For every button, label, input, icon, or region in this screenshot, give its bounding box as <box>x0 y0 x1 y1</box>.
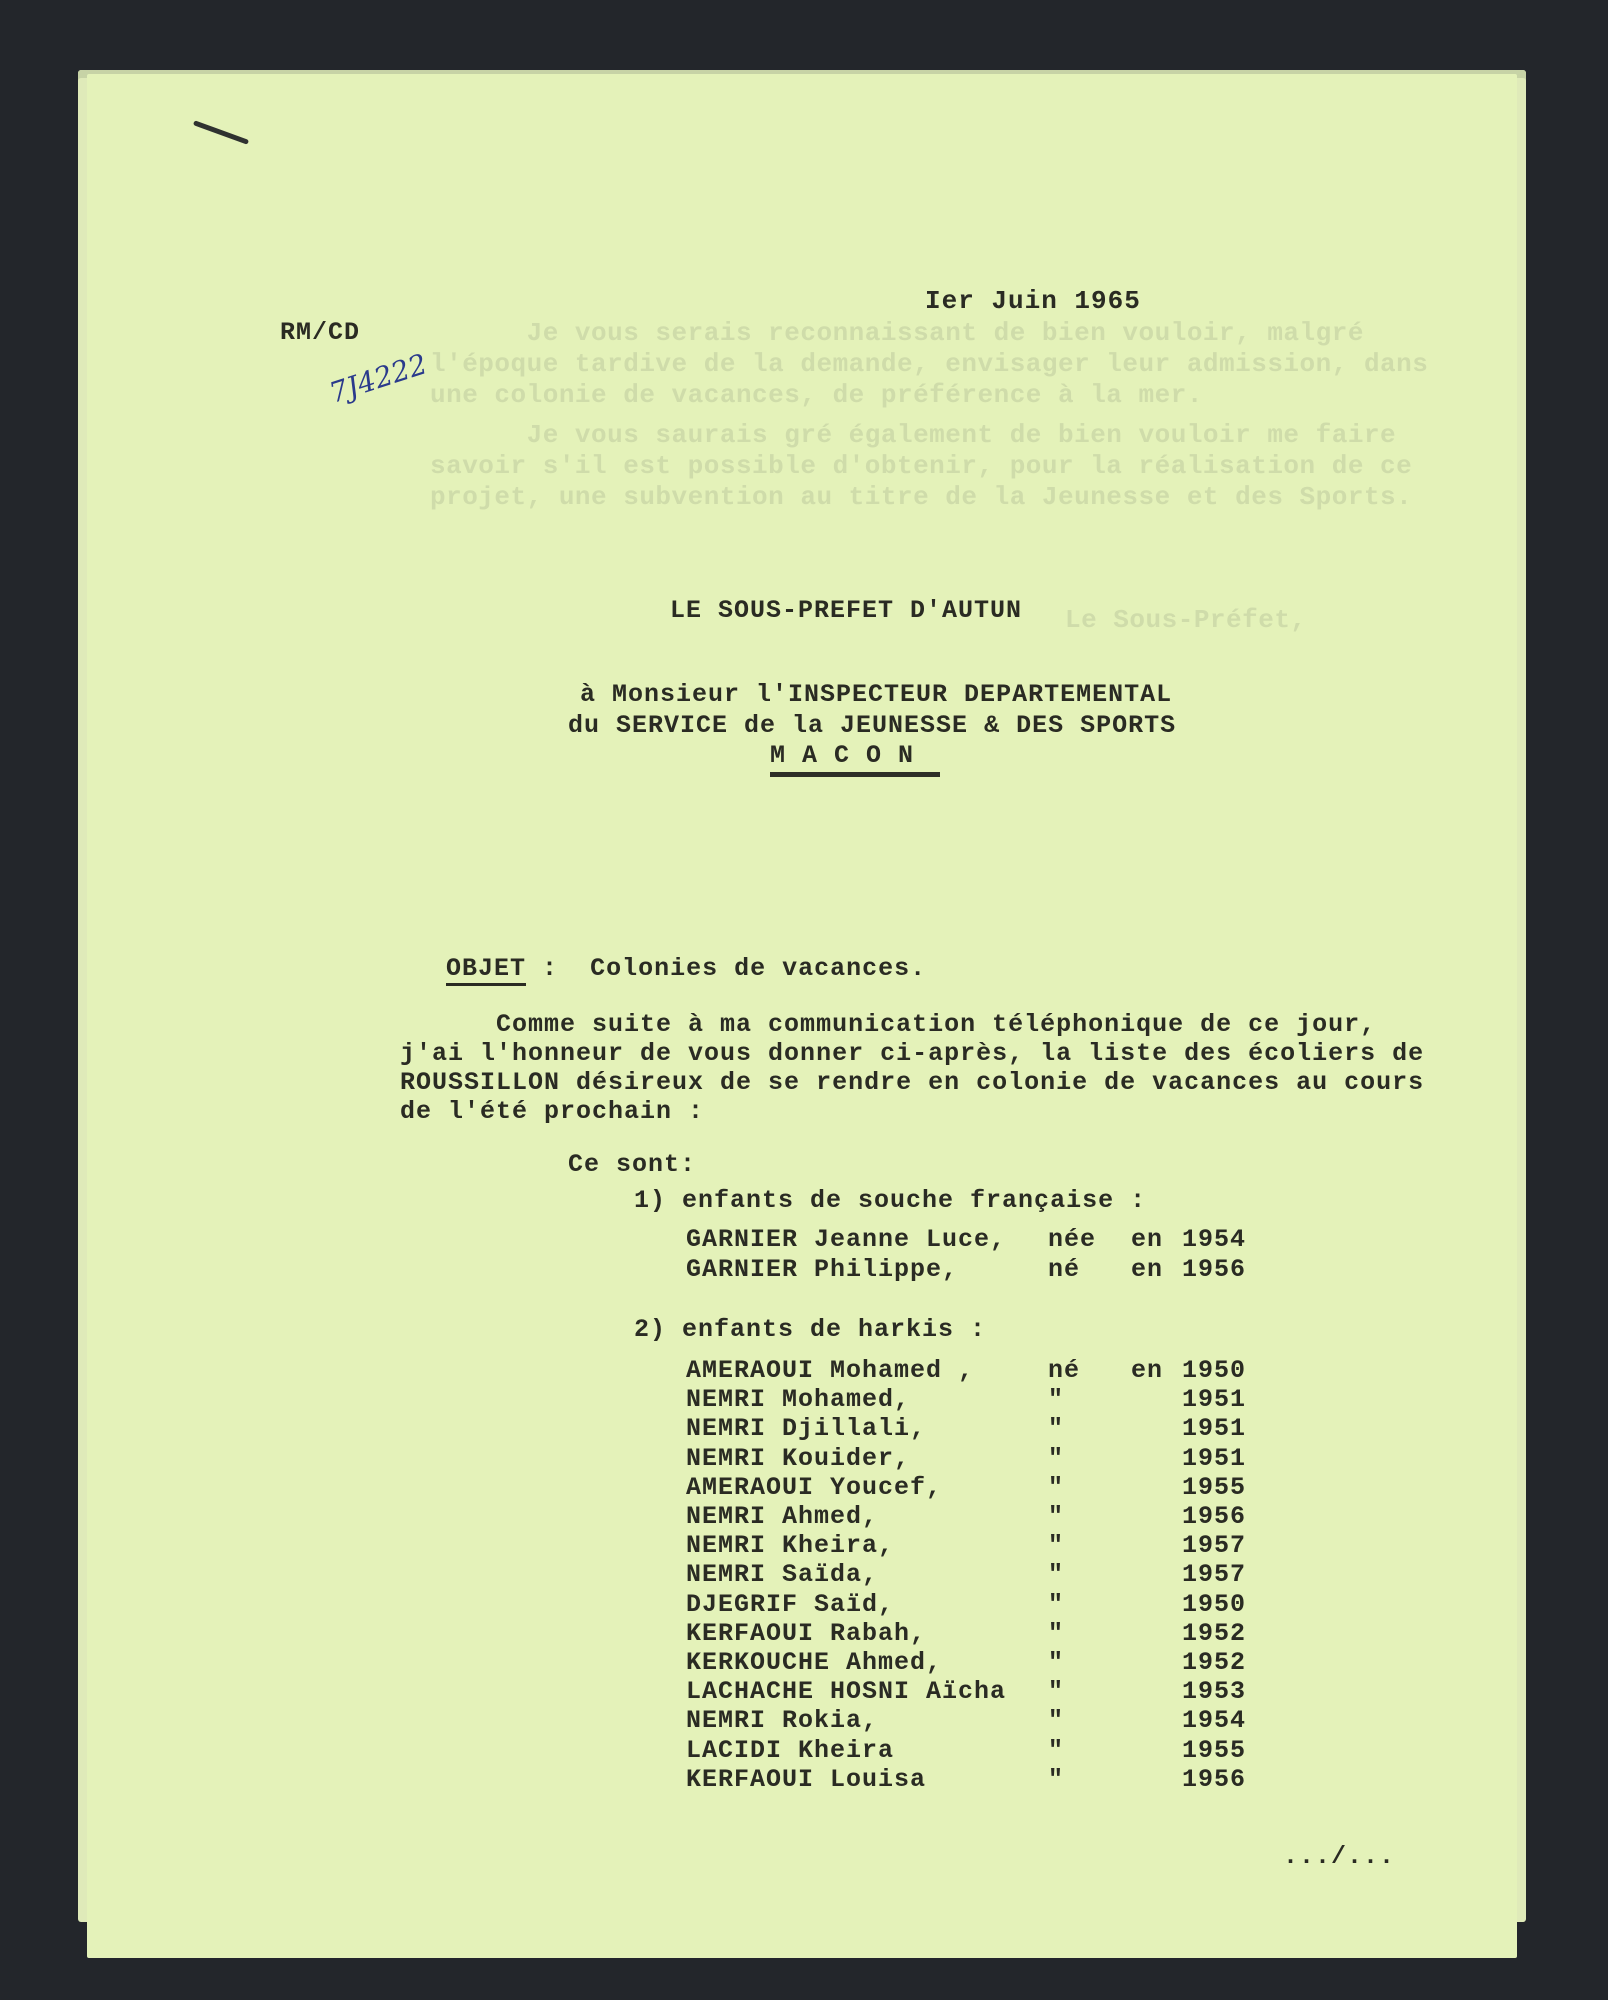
child-list-item: KERFAOUI Louisa"1956 <box>686 1765 1246 1793</box>
birth-label: " <box>1048 1765 1064 1794</box>
city-underline <box>770 772 940 777</box>
birth-year: 1951 <box>1182 1385 1246 1414</box>
birth-label: " <box>1048 1385 1064 1414</box>
child-name: NEMRI Saïda, <box>686 1560 878 1589</box>
group-heading-1: 1) enfants de souche française : <box>634 1186 1146 1215</box>
child-name: GARNIER Philippe, <box>686 1255 958 1284</box>
birth-label: " <box>1048 1648 1064 1677</box>
birth-label: né <box>1048 1356 1080 1385</box>
recipient-line-1: à Monsieur l'INSPECTEUR DEPARTEMENTAL <box>580 680 1172 709</box>
birth-label: " <box>1048 1677 1064 1706</box>
birth-year: 1953 <box>1182 1677 1246 1706</box>
recipient-line-2: du SERVICE de la JEUNESSE & DES SPORTS <box>568 711 1176 740</box>
birth-label: " <box>1048 1531 1064 1560</box>
child-name: LACHACHE HOSNI Aïcha <box>686 1677 1006 1706</box>
birth-year: 1956 <box>1182 1502 1246 1531</box>
body-line: ROUSSILLON désireux de se rendre en colo… <box>400 1068 1424 1097</box>
birth-label: " <box>1048 1736 1064 1765</box>
birth-label: " <box>1048 1502 1064 1531</box>
birth-year: 1957 <box>1182 1560 1246 1589</box>
birth-year: 1951 <box>1182 1414 1246 1443</box>
body-line: j'ai l'honneur de vous donner ci-après, … <box>400 1039 1424 1068</box>
recipient-city: M A C O N <box>770 741 914 770</box>
child-list-item: AMERAOUI Youcef,"1955 <box>686 1473 1246 1501</box>
birth-label: " <box>1048 1560 1064 1589</box>
child-list-item: AMERAOUI Mohamed ,néen1950 <box>686 1356 1246 1384</box>
birth-label: " <box>1048 1706 1064 1735</box>
birth-label: née <box>1048 1225 1096 1254</box>
birth-year: 1952 <box>1182 1619 1246 1648</box>
child-name: NEMRI Rokia, <box>686 1706 878 1735</box>
child-name: AMERAOUI Youcef, <box>686 1473 942 1502</box>
birth-year: 1950 <box>1182 1356 1246 1385</box>
body-line: de l'été prochain : <box>400 1097 704 1126</box>
child-name: KERKOUCHE Ahmed, <box>686 1648 942 1677</box>
en-label: en <box>1131 1225 1163 1254</box>
birth-label: " <box>1048 1473 1064 1502</box>
child-list-item: LACHACHE HOSNI Aïcha"1953 <box>686 1677 1246 1705</box>
subject-label: OBJET <box>446 954 526 986</box>
body-line: Comme suite à ma communication téléphoni… <box>400 1010 1376 1039</box>
child-name: NEMRI Ahmed, <box>686 1502 878 1531</box>
birth-year: 1950 <box>1182 1590 1246 1619</box>
child-list-item: KERKOUCHE Ahmed,"1952 <box>686 1648 1246 1676</box>
bleed-through-paragraph-2: Je vous saurais gré également de bien vo… <box>430 420 1412 513</box>
child-list-item: GARNIER Jeanne Luce,néeen1954 <box>686 1225 1246 1253</box>
child-list-item: NEMRI Kheira,"1957 <box>686 1531 1246 1559</box>
child-list-item: LACIDI Kheira"1955 <box>686 1736 1246 1764</box>
child-name: NEMRI Mohamed, <box>686 1385 910 1414</box>
birth-year: 1954 <box>1182 1706 1246 1735</box>
birth-year: 1954 <box>1182 1225 1246 1254</box>
continuation-mark: .../... <box>1283 1842 1395 1871</box>
bleed-through-signature: Le Sous-Préfet, <box>1065 605 1307 636</box>
child-list-item: NEMRI Djillali,"1951 <box>686 1414 1246 1442</box>
birth-label: " <box>1048 1619 1064 1648</box>
birth-year: 1956 <box>1182 1255 1246 1284</box>
birth-year: 1957 <box>1182 1531 1246 1560</box>
child-list-item: NEMRI Ahmed,"1956 <box>686 1502 1246 1530</box>
en-label: en <box>1131 1255 1163 1284</box>
child-list-item: NEMRI Mohamed,"1951 <box>686 1385 1246 1413</box>
group-heading-2: 2) enfants de harkis : <box>634 1315 986 1344</box>
child-name: NEMRI Djillali, <box>686 1414 926 1443</box>
subject-separator: : <box>542 954 558 983</box>
sender-title: LE SOUS-PREFET D'AUTUN <box>670 596 1022 625</box>
child-list-item: NEMRI Saïda,"1957 <box>686 1560 1246 1588</box>
subject-line: OBJET : Colonies de vacances. <box>414 925 926 983</box>
birth-year: 1956 <box>1182 1765 1246 1794</box>
child-list-item: GARNIER Philippe,néen1956 <box>686 1255 1246 1283</box>
birth-label: " <box>1048 1444 1064 1473</box>
reference-code: RM/CD <box>280 318 360 347</box>
child-name: NEMRI Kouider, <box>686 1444 910 1473</box>
birth-label: né <box>1048 1255 1080 1284</box>
child-list-item: NEMRI Kouider,"1951 <box>686 1444 1246 1472</box>
child-name: KERFAOUI Louisa <box>686 1765 926 1794</box>
birth-label: " <box>1048 1590 1064 1619</box>
list-intro: Ce sont: <box>568 1150 696 1179</box>
child-name: GARNIER Jeanne Luce, <box>686 1225 1006 1254</box>
letter-date: Ier Juin 1965 <box>925 286 1141 316</box>
child-name: LACIDI Kheira <box>686 1736 894 1765</box>
child-name: AMERAOUI Mohamed , <box>686 1356 974 1385</box>
birth-label: " <box>1048 1414 1064 1443</box>
child-name: DJEGRIF Saïd, <box>686 1590 894 1619</box>
birth-year: 1952 <box>1182 1648 1246 1677</box>
birth-year: 1955 <box>1182 1473 1246 1502</box>
bleed-through-paragraph-1: Je vous serais reconnaissant de bien vou… <box>430 318 1428 411</box>
birth-year: 1955 <box>1182 1736 1246 1765</box>
child-name: NEMRI Kheira, <box>686 1531 894 1560</box>
child-name: KERFAOUI Rabah, <box>686 1619 926 1648</box>
subject-text: Colonies de vacances. <box>590 954 926 983</box>
child-list-item: DJEGRIF Saïd,"1950 <box>686 1590 1246 1618</box>
birth-year: 1951 <box>1182 1444 1246 1473</box>
child-list-item: NEMRI Rokia,"1954 <box>686 1706 1246 1734</box>
child-list-item: KERFAOUI Rabah,"1952 <box>686 1619 1246 1647</box>
en-label: en <box>1131 1356 1163 1385</box>
